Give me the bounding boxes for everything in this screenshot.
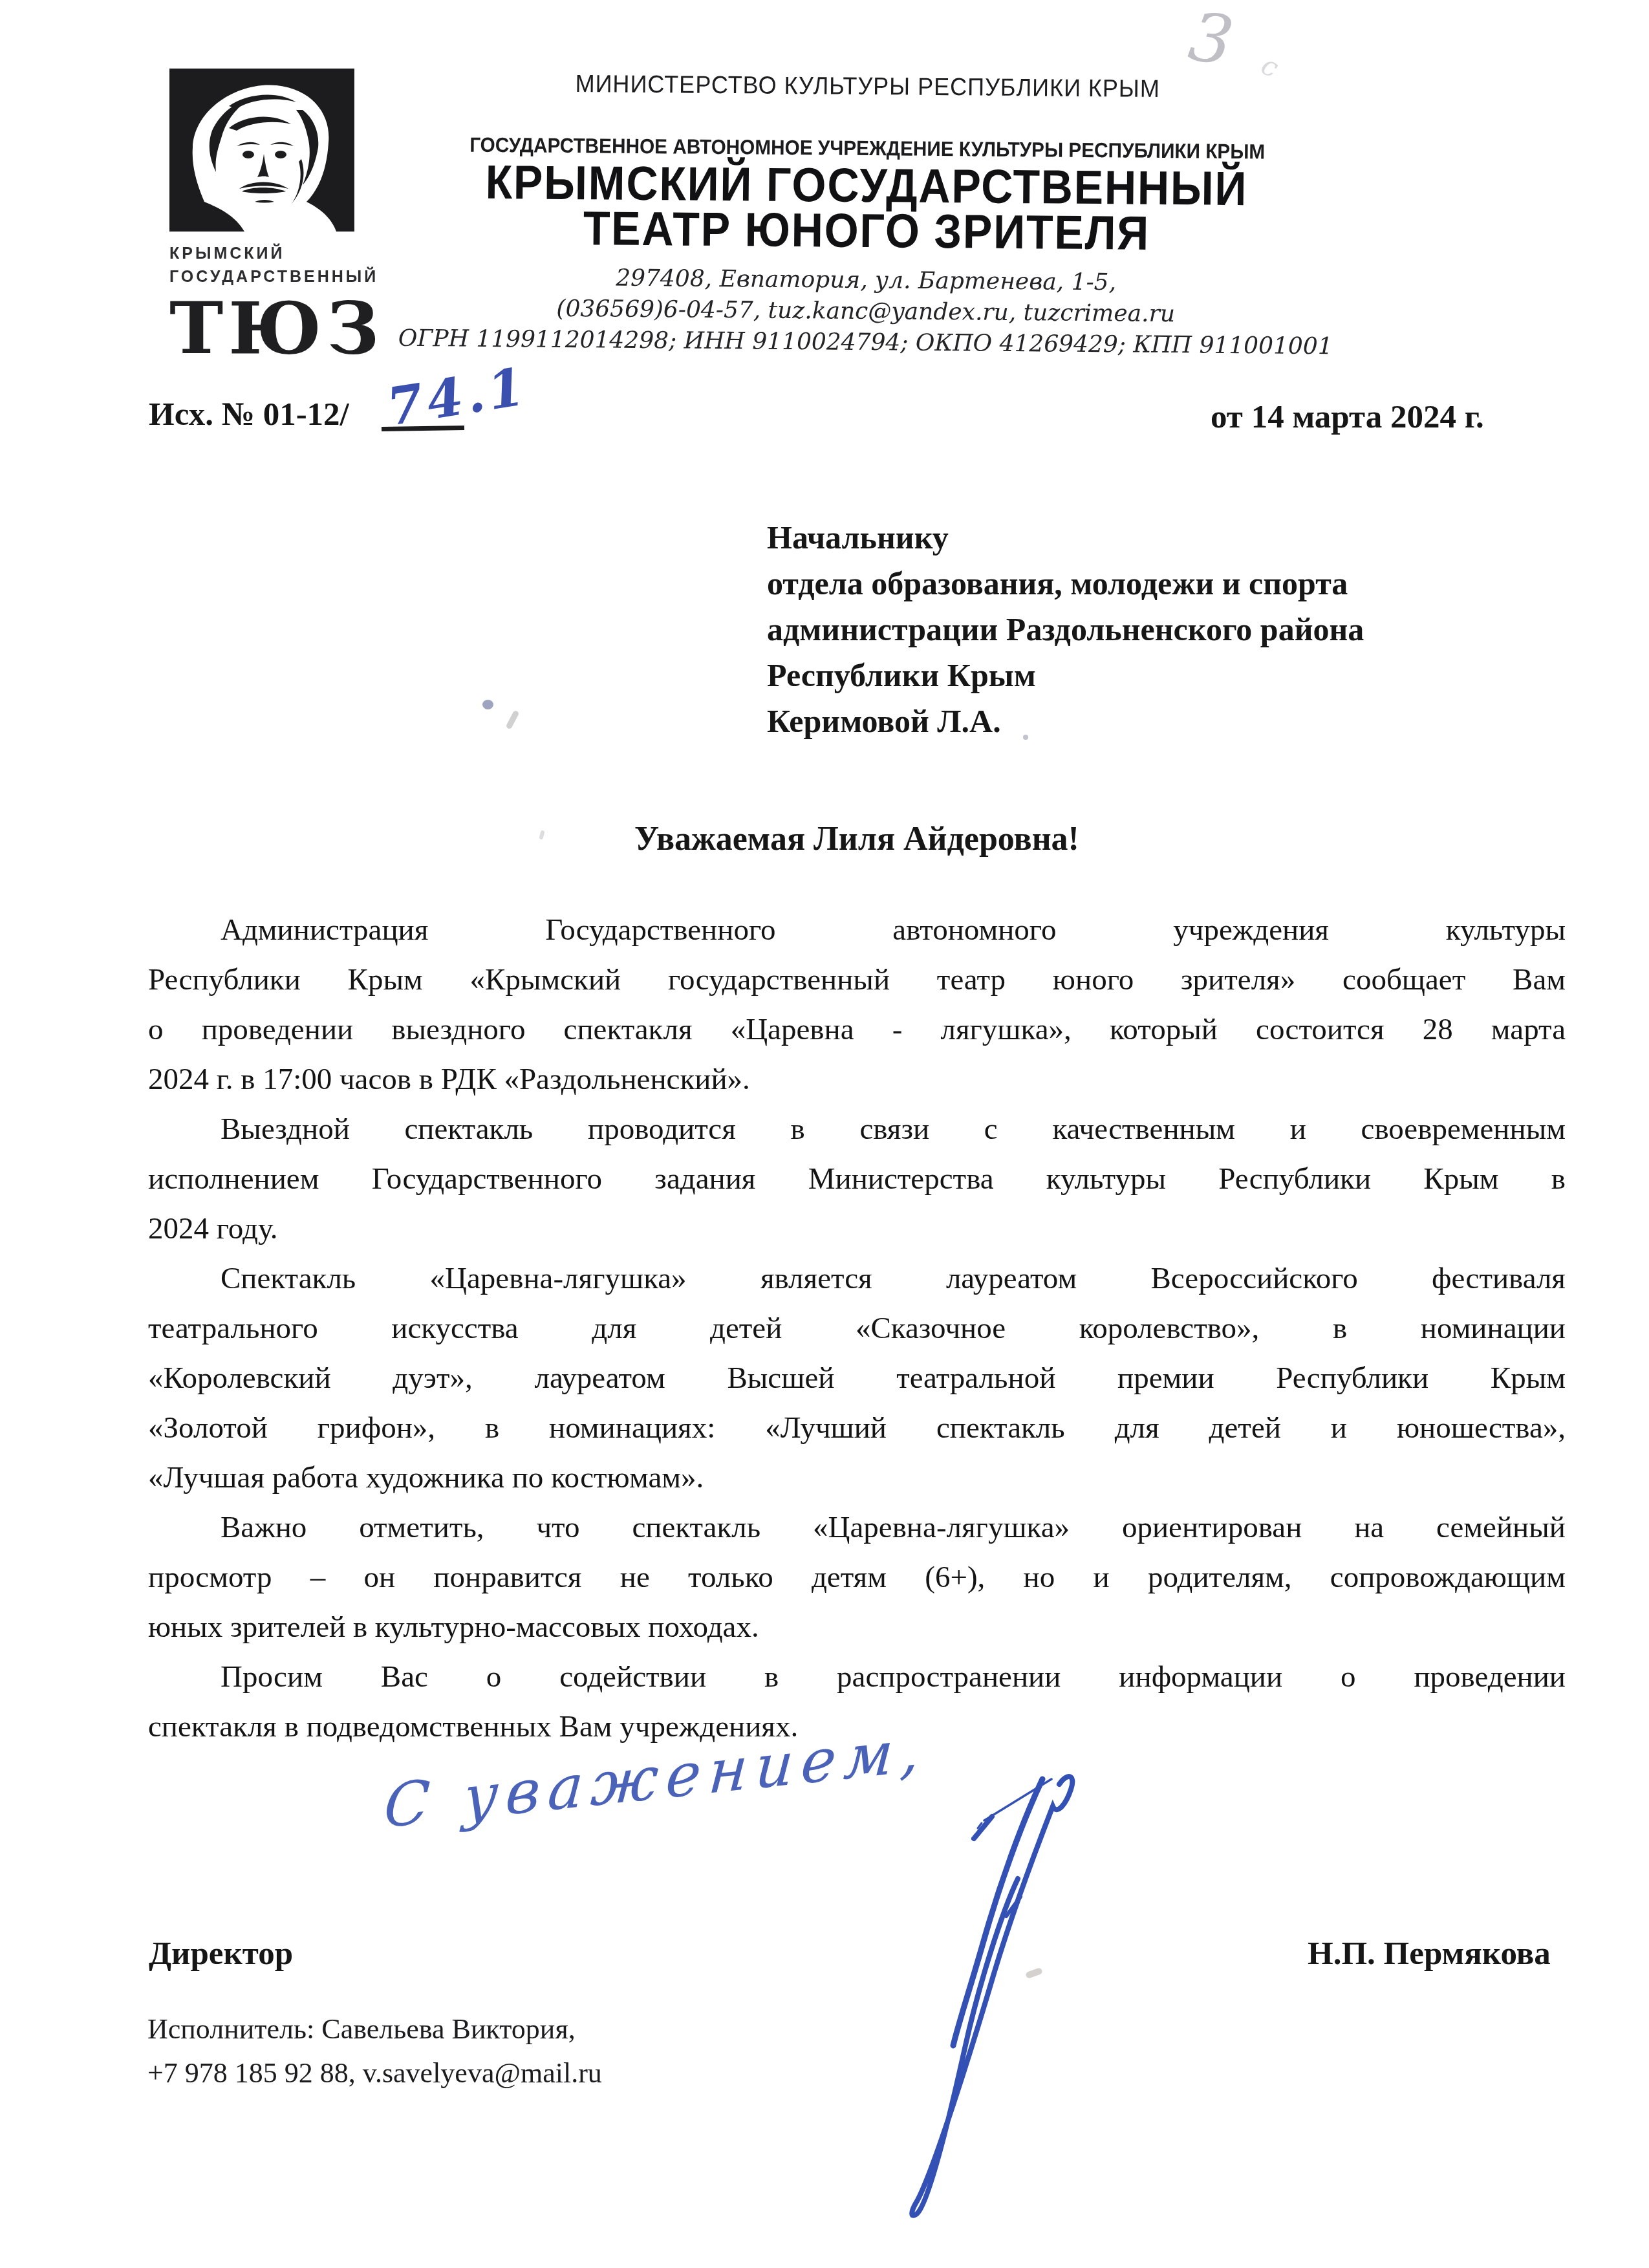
executor-contact-line: +7 978 185 92 88, v.savelyeva@mail.ru [147,2051,602,2095]
recipient-line: отдела образования, молодежи и спорта [767,561,1364,607]
body-line: «Лучшая работа художника по костюмам». [148,1453,1566,1503]
recipient-line: Начальнику [767,515,1364,561]
body-line: Республики Крым «Крымский государственны… [148,955,1566,1005]
body-line: Администрация Государственного автономно… [148,905,1566,955]
logo-acronym: ТЮЗ [169,294,358,365]
body-line: Спектакль «Царевна-лягушка» является лау… [148,1254,1566,1304]
body-paragraph: Спектакль «Царевна-лягушка» является лау… [148,1254,1566,1503]
executor-block: Исполнитель: Савельева Виктория, +7 978 … [147,2007,602,2095]
body-line: «Золотой грифон», в номинациях: «Лучший … [148,1403,1566,1453]
letter-body: Администрация Государственного автономно… [148,905,1566,1752]
scan-smudge [505,710,519,730]
body-line: просмотр – он понравится не только детям… [148,1553,1566,1603]
body-line: о проведении выездного спектакля «Царевн… [148,1005,1566,1055]
outgoing-number-underline [382,426,464,431]
body-paragraph: Важно отметить, что спектакль «Царевна-л… [148,1503,1566,1652]
director-signature-handwriting [873,1756,1106,2247]
recipient-line: Керимовой Л.А. [767,698,1364,744]
body-line: 2024 г. в 17:00 часов в РДК «Раздольненс… [148,1055,1566,1105]
body-line: Важно отметить, что спектакль «Царевна-л… [148,1503,1566,1553]
body-line: Выездной спектакль проводится в связи с … [148,1105,1566,1154]
ink-speck [1023,735,1028,740]
ink-speck [482,700,493,709]
signer-name: Н.П. Пермякова [1308,1935,1551,1972]
body-line: исполнением Государственного задания Мин… [148,1154,1566,1204]
logo-caption-line2: ГОСУДАРСТВЕННЫЙ [169,265,358,288]
recipient-line: Республики Крым [767,653,1364,698]
body-paragraph: Администрация Государственного автономно… [148,905,1566,1105]
letter-date: от 14 марта 2024 г. [1211,398,1484,436]
position-title: Директор [149,1935,293,1972]
body-line: «Королевский дуэт», лауреатом Высшей теа… [148,1354,1566,1403]
recipient-block: Начальникуотдела образования, молодежи и… [767,515,1364,744]
logo-caption-line1: КРЫМСКИЙ [169,242,358,265]
body-paragraph: Выездной спектакль проводится в связи с … [148,1105,1566,1254]
body-line: юных зрителей в культурно-массовых поход… [148,1603,1566,1652]
body-line: театрального искусства для детей «Сказоч… [148,1304,1566,1354]
portrait-logo-icon [169,69,354,232]
scanned-letter-page: 3 с КРЫМС [0,0,1649,2268]
body-line: 2024 году. [148,1204,1566,1254]
theater-logo: КРЫМСКИЙ ГОСУДАРСТВЕННЫЙ ТЮЗ [169,69,358,366]
letterhead: МИНИСТЕРСТВО КУЛЬТУРЫ РЕСПУБЛИКИ КРЫМ ГО… [387,69,1346,363]
recipient-line: администрации Раздольненского района [767,607,1364,653]
outgoing-number-label: Исх. № 01-12/ [149,396,349,433]
salutation: Уважаемая Лиля Айдеровна! [149,820,1565,858]
pencil-note-handwritten: 3 [1185,2,1238,75]
ink-speck [1428,1023,1432,1027]
body-line: Просим Вас о содействии в распространени… [148,1652,1566,1702]
executor-name-line: Исполнитель: Савельева Виктория, [147,2007,602,2051]
